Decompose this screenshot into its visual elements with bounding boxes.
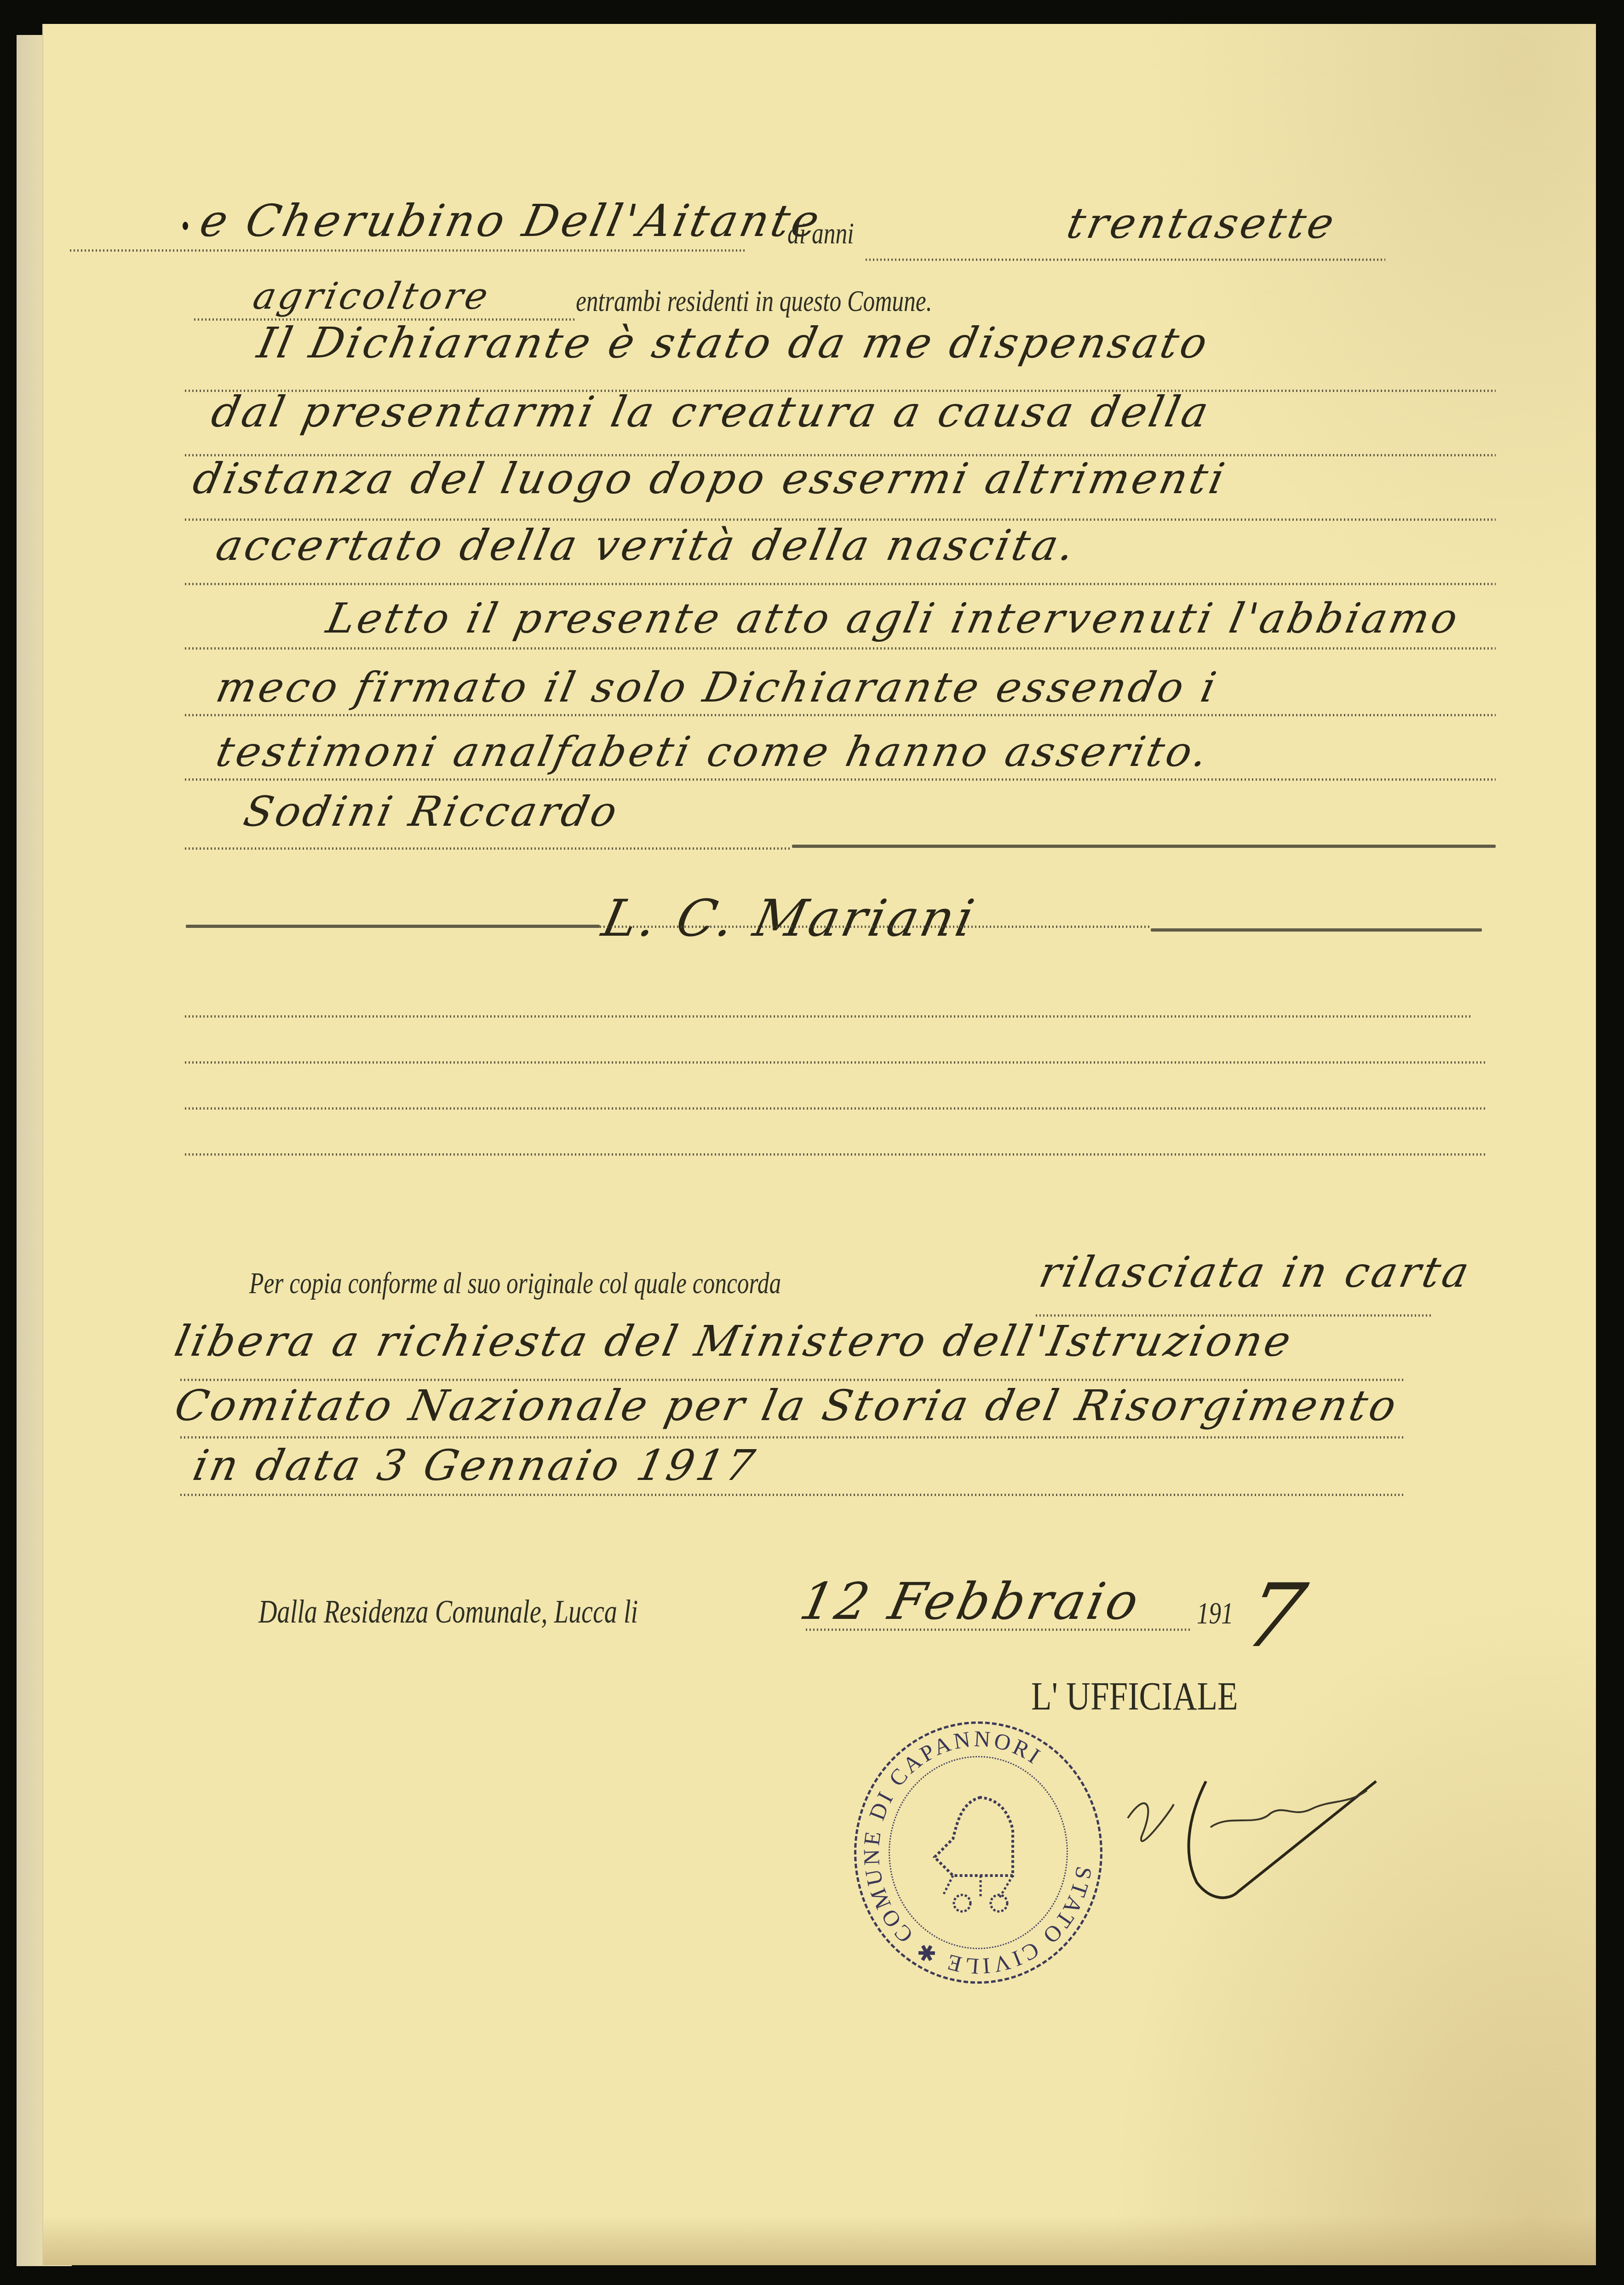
handwritten-occupation: agricoltore <box>249 275 494 317</box>
signature-line <box>792 845 1496 848</box>
paragraph2-line2: meco firmato il solo Dichiarante essendo… <box>212 663 1223 712</box>
bell-emblem-icon <box>925 1788 1036 1917</box>
form-rule <box>185 647 1496 650</box>
paragraph1-line1: Il Dichiarante è stato da me dispensato <box>253 318 1215 368</box>
form-rule <box>866 259 1385 261</box>
paragraph1-line2: dal presentarmi la creatura a causa dell… <box>207 387 1216 437</box>
form-rule <box>185 1153 1486 1156</box>
form-rule <box>180 1494 1404 1496</box>
paragraph2-line3: testimoni analfabeti come hanno asserito… <box>212 728 1215 776</box>
stamp-separator: ✱ <box>910 1935 942 1968</box>
signature-line <box>186 925 600 928</box>
paragraph1-line3: distanza del luogo dopo essermi altrimen… <box>189 454 1231 503</box>
form-rule <box>185 1015 1473 1018</box>
official-signature-mark <box>1119 1763 1394 1915</box>
handwritten-name: e Cherubino Dell'Aitante <box>195 195 826 247</box>
form-rule <box>180 1436 1404 1439</box>
official-title: L' UFFICIALE <box>1031 1673 1238 1719</box>
form-rule <box>185 1107 1486 1110</box>
paragraph2-line1: Letto il presente atto agli intervenuti … <box>322 594 1464 643</box>
certification-line2: libera a richiesta del Ministero dell'Is… <box>171 1317 1298 1366</box>
date-day-month: 12 Febbraio <box>795 1572 1146 1631</box>
form-rule <box>185 714 1496 716</box>
certification-line4: in data 3 Gennaio 1917 <box>189 1441 762 1490</box>
handwritten-age: trentasette <box>1063 199 1341 248</box>
declarant-signature: Sodini Riccardo <box>240 788 624 836</box>
certification-printed-text: Per copia conforme al suo originale col … <box>249 1266 781 1301</box>
civil-registry-stamp: STATO CIVILE ✱ COMUNE DI CAPANNORI <box>854 1721 1102 1984</box>
margin-mark <box>183 222 188 230</box>
registrar-signature: L. C. Mariani <box>597 889 981 948</box>
signature-line <box>1151 928 1482 932</box>
form-rule <box>185 778 1496 781</box>
printed-residence-text: entrambi residenti in questo Comune. <box>576 284 932 319</box>
date-printed-prefix: Dalla Residenza Comunale, Lucca li <box>258 1593 638 1631</box>
certification-line3: Comitato Nazionale per la Storia del Ris… <box>171 1381 1403 1430</box>
paragraph1-line4: accertato della verità della nascita. <box>212 521 1082 570</box>
certification-line1: rilasciata in carta <box>1035 1248 1476 1297</box>
date-year-digit: 7 <box>1237 1565 1317 1667</box>
date-year-prefix: 191 <box>1197 1595 1234 1631</box>
printed-age-label: di anni <box>787 216 854 251</box>
form-rule <box>185 1061 1486 1064</box>
form-rule <box>600 926 1152 928</box>
form-rule <box>185 583 1496 585</box>
form-rule <box>806 1629 1192 1631</box>
form-rule <box>70 249 746 252</box>
document-page: e Cherubino Dell'Aitante di anni trentas… <box>42 24 1596 2265</box>
form-rule <box>185 847 792 850</box>
